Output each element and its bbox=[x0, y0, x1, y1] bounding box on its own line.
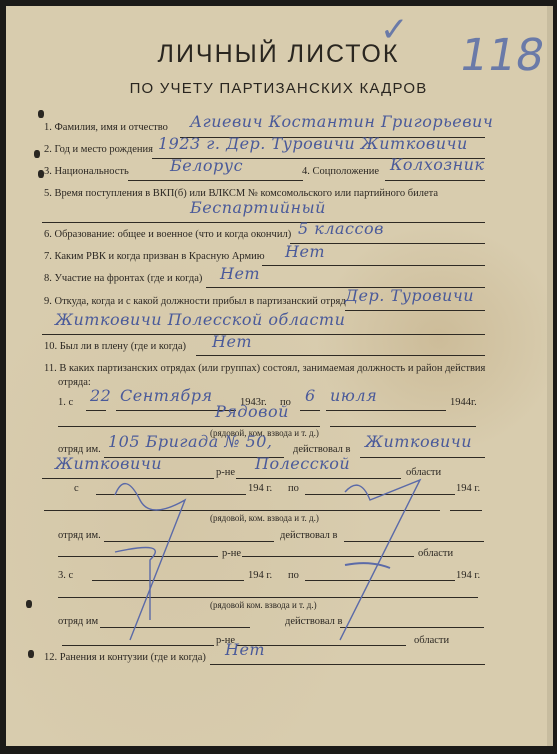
field-12-value: Нет bbox=[225, 640, 265, 659]
cancellation-strokes bbox=[0, 0, 557, 754]
field-12-label: 12. Ранения и контузии (где и когда) bbox=[44, 652, 206, 663]
